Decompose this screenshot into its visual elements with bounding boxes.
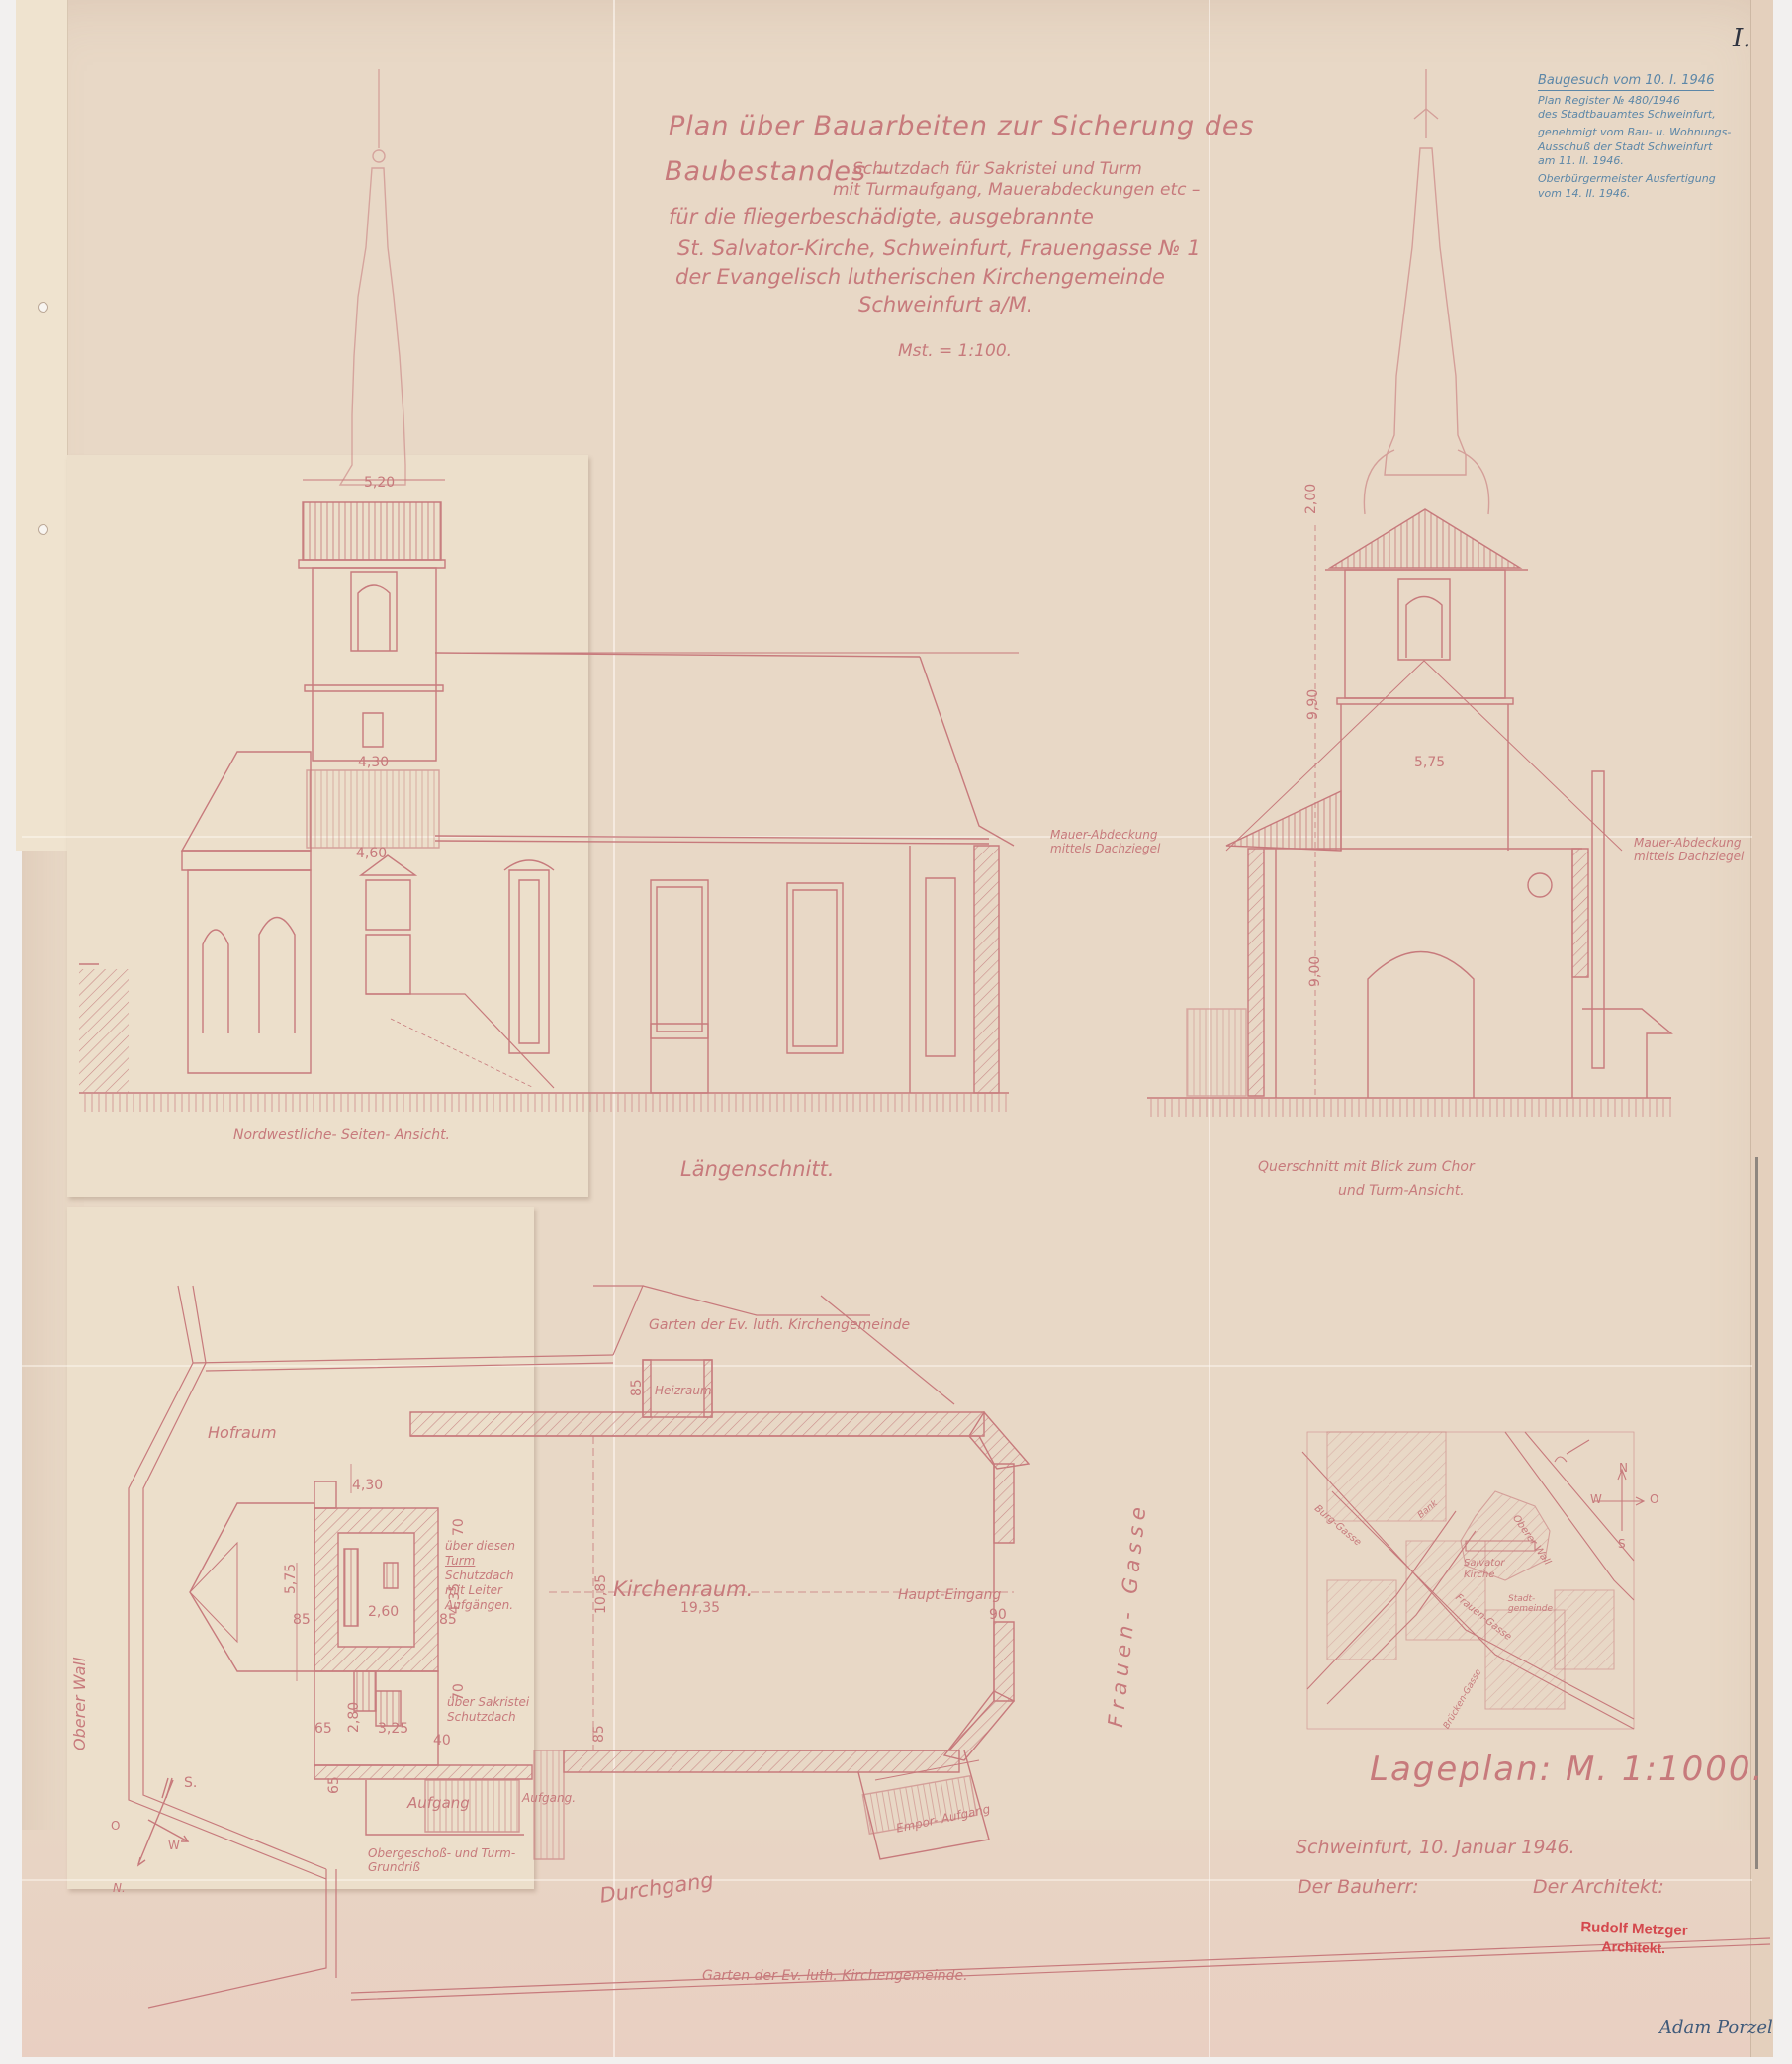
fold-line: [613, 0, 615, 2057]
label-upper-wall: Oberer Wall: [71, 1658, 89, 1750]
dim-tower-height: 9,90: [1305, 689, 1321, 720]
binding-margin: [16, 0, 68, 851]
title-line-3-sub: mit Turmaufgang, Mauerabdeckungen etc –: [833, 181, 1200, 201]
compass-west: W: [168, 1840, 180, 1853]
architect-label: Der Architekt:: [1533, 1877, 1664, 1899]
compass-south: S.: [184, 1775, 197, 1791]
dim-tower-outer: 4,30: [352, 1478, 383, 1493]
dim-sacristy-width: 3,25: [378, 1721, 408, 1737]
note-line: Schutzdach: [445, 1569, 514, 1582]
note-wall-cover-right: Mauer-Abdeckung mittels Dachziegel: [1634, 837, 1752, 864]
architect-stamp: Rudolf Metzger Architekt.: [1579, 1919, 1688, 1958]
caption-site-plan: Lageplan: M. 1:1000.: [1370, 1750, 1764, 1789]
site-label-parish: Stadt- gemeinde: [1508, 1594, 1568, 1615]
note-wall-cover-left: Mauer-Abdeckung mittels Dachziegel: [1050, 829, 1169, 856]
label-stairs: Aufgang: [407, 1795, 470, 1812]
approval-line: genehmigt vom Bau- u. Wohnungs-: [1538, 126, 1731, 139]
note-line: mit Leiter: [445, 1583, 502, 1597]
dim-door: 90: [989, 1607, 1007, 1623]
title-line-2-sub: Schutzdach für Sakristei und Turm: [852, 160, 1142, 180]
title-line-1: Plan über Bauarbeiten zur Sicherung des: [669, 111, 1255, 141]
punch-hole: [38, 524, 48, 535]
approval-line: Oberbürgermeister Ausfertigung: [1538, 172, 1716, 186]
note-line: über diesen: [445, 1539, 515, 1553]
label-garden-bottom: Garten der Ev. luth. Kirchengemeinde.: [702, 1968, 968, 1984]
title-line-7: Schweinfurt a/M.: [858, 293, 1032, 316]
dim-sacristy-wall: 65: [314, 1721, 332, 1737]
note-line: über Sakristei: [447, 1695, 529, 1709]
approval-line: vom 14. II. 1946.: [1538, 187, 1630, 200]
sheet-right-edge: [1750, 0, 1773, 2057]
dim-tower-width: 4,30: [358, 755, 389, 770]
title-line-4: für die fliegerbeschädigte, ausgebrannte: [669, 205, 1094, 228]
approval-line: des Stadtbauamtes Schweinfurt,: [1538, 108, 1716, 121]
title-line-6: der Evangelisch lutherischen Kirchengeme…: [675, 265, 1165, 289]
dim-gable-height: 2,00: [1303, 484, 1319, 514]
place-date: Schweinfurt, 10. Januar 1946.: [1296, 1838, 1575, 1859]
dim-sacristy-depth: 2,80: [346, 1702, 362, 1733]
compass-north: N.: [113, 1882, 126, 1896]
note-tower-roof: über diesen Turm Schutzdach mit Leiter A…: [445, 1539, 515, 1613]
scale-label: Mst. = 1:100.: [898, 342, 1012, 362]
approval-line: Plan Register № 480/1946: [1538, 94, 1680, 107]
dim-tower-width-cross: 5,75: [1414, 755, 1445, 770]
fold-line: [22, 1365, 1752, 1367]
compass-east: O: [111, 1820, 120, 1834]
fold-line: [1209, 0, 1210, 2057]
title-line-5: St. Salvator-Kirche, Schweinfurt, Frauen…: [677, 236, 1201, 260]
overlay-sheet-elevation: [67, 455, 588, 1197]
note-line: Aufgängen.: [445, 1598, 513, 1612]
site-label-church: Salvator Kirche: [1464, 1558, 1523, 1580]
label-main-entrance: Haupt-Eingang: [898, 1587, 1001, 1603]
site-compass-w: W: [1590, 1493, 1602, 1507]
fold-line: [22, 1879, 1752, 1881]
site-compass-o: O: [1650, 1493, 1658, 1507]
label-boiler-room: Heizraum: [655, 1385, 712, 1398]
dim-tower-inner: 2,60: [368, 1604, 399, 1620]
label-garden-top-1: Garten der Ev. luth. Kirchengemeinde: [649, 1317, 910, 1333]
dim-nave-length: 19,35: [680, 1600, 720, 1616]
dim-stair-wall: 65: [326, 1776, 342, 1794]
dim-base-width: 4,60: [356, 846, 387, 861]
caption-cross-section-1: Querschnitt mit Blick zum Chor: [1258, 1159, 1475, 1175]
dim-wall-left: 85: [293, 1612, 311, 1628]
client-label: Der Bauherr:: [1298, 1877, 1419, 1899]
dim-wall-south: 85: [591, 1725, 607, 1743]
label-nave: Kirchenraum.: [613, 1577, 753, 1601]
dim-wall-north: 85: [629, 1379, 645, 1396]
dim-sacristy-wall2: 40: [433, 1733, 451, 1749]
dim-nave-width: 10,85: [593, 1574, 609, 1614]
note-line: Schutzdach: [447, 1710, 516, 1724]
approval-line: Ausschuß der Stadt Schweinfurt: [1538, 140, 1712, 153]
fold-line: [22, 836, 1752, 838]
punch-hole: [38, 302, 48, 313]
label-plan-caption: Obergeschoß- und Turm- Grundriß: [368, 1847, 516, 1875]
note-line: Turm: [445, 1554, 475, 1568]
site-compass-n: N: [1619, 1462, 1628, 1476]
approval-note: Baugesuch vom 10. I. 1946 Plan Register …: [1538, 73, 1731, 201]
handwritten-signature: Adam Porzel: [1659, 2018, 1773, 2038]
approval-line: am 11. II. 1946.: [1538, 154, 1624, 167]
dim-wall-top: 70: [451, 1518, 467, 1536]
caption-cross-section-2: und Turm-Ansicht.: [1338, 1183, 1465, 1199]
dim-roof-width: 5,20: [364, 475, 395, 491]
site-compass-s: S: [1618, 1538, 1626, 1552]
dim-wall-right: 85: [439, 1612, 457, 1628]
dim-tower-depth: 5,75: [283, 1564, 299, 1594]
caption-longitudinal-section: Längenschnitt.: [680, 1157, 835, 1181]
label-courtyard: Hofraum: [208, 1424, 277, 1442]
label-stairs-2: Aufgang.: [522, 1792, 576, 1806]
dim-nave-height: 9,00: [1307, 956, 1323, 987]
caption-nw-elevation: Nordwestliche- Seiten- Ansicht.: [233, 1127, 450, 1143]
note-sacristy-roof: über Sakristei Schutzdach: [447, 1695, 529, 1725]
page-number: I.: [1733, 24, 1751, 53]
stamp-name: Rudolf Metzger: [1580, 1919, 1688, 1941]
approval-heading: Baugesuch vom 10. I. 1946: [1538, 73, 1714, 91]
